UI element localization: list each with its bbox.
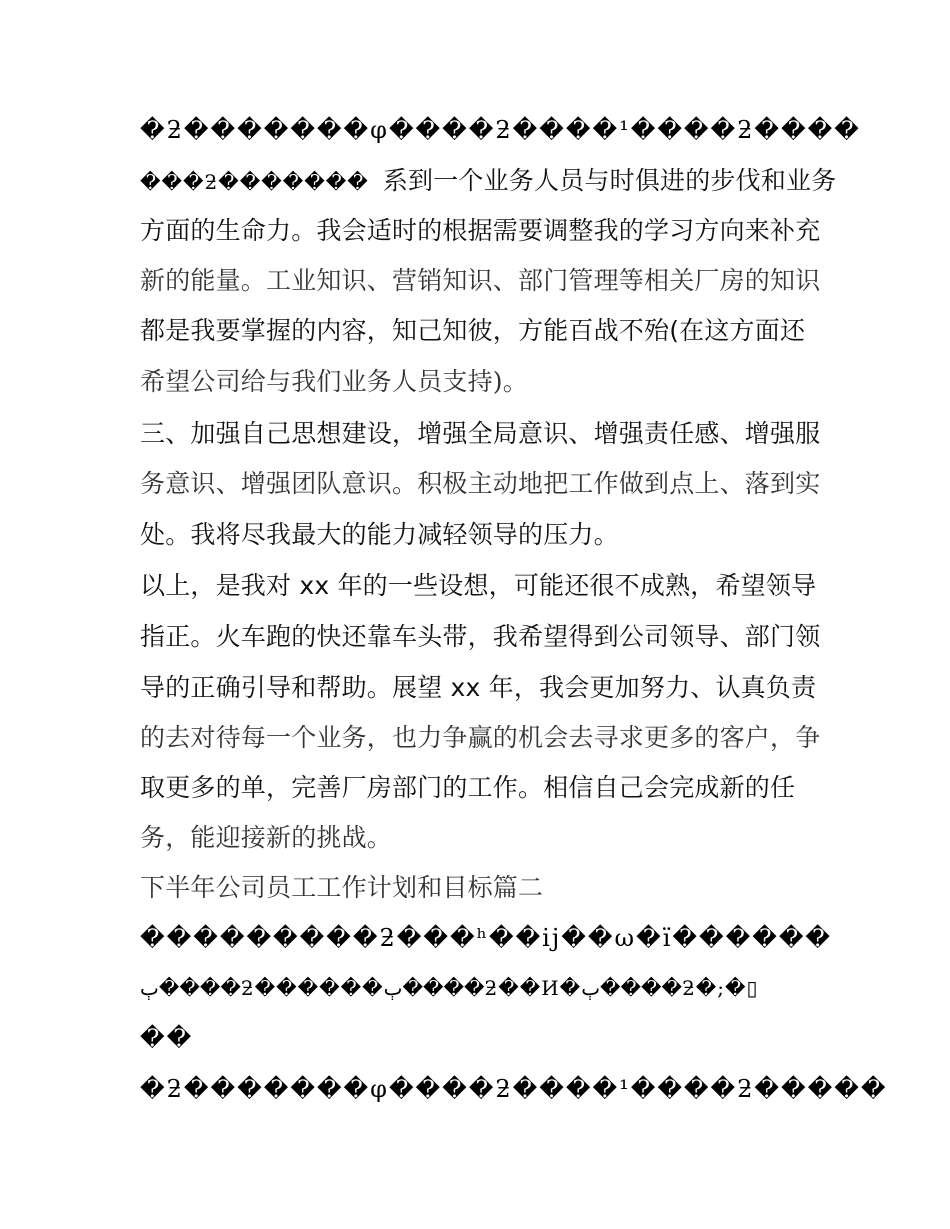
mixed-line-2: ���ƻ�������系到一个业务人员与时俱进的步伐和业务: [140, 161, 820, 201]
paragraph-line: 务意识、增强团队意识。积极主动地把工作做到点上、落到实: [140, 464, 820, 504]
garbled-line: ��: [140, 1018, 820, 1058]
conclusion-line: 以上，是我对 xx 年的一些设想，可能还很不成熟，希望领导: [140, 566, 820, 606]
garbled-line-1: �ƻ�������φ����ƻ����¹����ƻ����: [140, 110, 820, 150]
garbled-line: ���������ƻ���ʰ��ij��ω�ï������: [140, 918, 820, 958]
paragraph-line: 务，能迎接新的挑战。: [140, 818, 820, 858]
paragraph-line: 取更多的单，完善厂房部门的工作。相信自己会完成新的任: [140, 768, 820, 808]
section-three-heading-line: 三、加强自己思想建设，增强全局意识、增强责任感、增强服: [140, 414, 820, 454]
paragraph-line: 导的正确引导和帮助。展望 xx 年，我会更加努力、认真负责: [140, 668, 820, 708]
paragraph-line: 处。我将尽我最大的能力减轻领导的压力。: [140, 515, 820, 555]
text-segment: 系到一个业务人员与时俱进的步伐和业务: [383, 166, 837, 195]
paragraph-line: 指正。火车跑的快还靠车头带，我希望得到公司领导、部门领: [140, 617, 820, 657]
section-title: 下半年公司员工工作计划和目标篇二: [140, 868, 820, 908]
garbled-prefix: ���ƻ�������: [140, 170, 369, 194]
garbled-line: �ƻ�������φ����ƻ����¹����ƻ�����: [140, 1069, 820, 1109]
paragraph-line: 都是我要掌握的内容，知己知彼，方能百战不殆(在这方面还: [140, 311, 820, 351]
paragraph-line: 新的能量。工业知识、营销知识、部门管理等相关厂房的知识: [140, 261, 820, 301]
paragraph-line: 希望公司给与我们业务人员支持)。: [140, 362, 820, 402]
paragraph-line: 方面的生命力。我会适时的根据需要调整我的学习方向来补充: [140, 211, 820, 251]
paragraph-line: 的去对待每一个业务，也力争赢的机会去寻求更多的客户，争: [140, 718, 820, 758]
document-page: �ƻ�������φ����ƻ����¹����ƻ���� ���ƻ������…: [0, 0, 950, 1229]
garbled-line: ٻ����ƻ������ٻ����ƻ��И�ٻ����ƻ�;�▯: [140, 968, 820, 1008]
